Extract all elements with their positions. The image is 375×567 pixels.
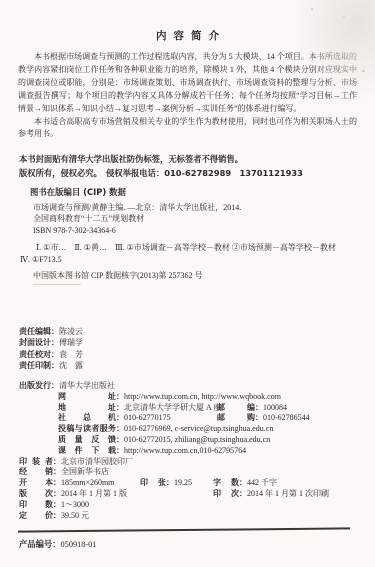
colon: ： — [51, 327, 59, 336]
cip-block: 市场调查与预测/黄静主编. —北京：清华大学出版社，2014. 全国商科教育“十… — [33, 202, 375, 236]
field-value: 39.50 元 — [61, 511, 89, 520]
field-value: 沈 露 — [59, 361, 83, 370]
field-value: 010-62770175 — [124, 413, 171, 422]
colophon-row-format: 开本：185mm×260mm印张：19.25字数：442 千字 — [19, 478, 375, 489]
colon: ： — [52, 539, 60, 549]
field-value: 100084 — [263, 403, 287, 412]
staff-row-cover-design: 封面设计：傅瑞学 — [19, 337, 375, 348]
field-label: 出版发行 — [19, 381, 51, 390]
rights-report-line: 版权所有，侵权必究。 侵权举报电话：010-62782989 137011219… — [19, 167, 356, 180]
colophon-row-price: 定价：39.50 元 — [19, 511, 375, 522]
field-label: 网址 — [58, 392, 116, 403]
cip-classification-line-2: Ⅳ. ①F713.5 — [20, 254, 375, 266]
field-value: 袁 芳 — [59, 350, 83, 359]
colon: ： — [239, 478, 247, 487]
isbn-line: ISBN 978-7-302-34364-6 — [33, 225, 375, 236]
field-label: 邮编 — [217, 403, 255, 414]
publisher-row-courseware-download: 课件下载：http://www.tup.com.cn,010-62795764 — [58, 446, 375, 457]
scan-speck — [311, 8, 313, 10]
field-label: 印装者 — [19, 457, 53, 468]
publisher-row-address: 地址：北京清华大学学研大厦 A 座邮编：100084 — [58, 403, 375, 414]
field-value: 010-62776969, c-service@tup.tsinghua.edu… — [124, 424, 273, 433]
colon: ： — [53, 478, 61, 487]
scan-speck — [343, 16, 345, 17]
colon: ： — [116, 446, 124, 455]
field-label: 质量反馈 — [58, 435, 116, 446]
colon: ： — [51, 381, 59, 390]
field-value: 442 千字 — [247, 478, 277, 487]
cip-classification-line-1: Ⅰ. ①市… Ⅱ. ①黄… Ⅲ. ①市场调查－高等学校－教材 ②市场预测－高等学… — [36, 242, 375, 254]
sheets-field: 印张：19.25 — [140, 478, 192, 489]
staff-credits: 责任编辑：陈凌云 封面设计：傅瑞学 责任校对：袁 芳 责任印制：沈 露 — [19, 326, 375, 371]
word-count-field: 字数：442 千字 — [213, 478, 277, 489]
publication-info: 出版发行：清华大学出版社 网址：http://www.tup.com.cn, h… — [19, 381, 375, 521]
field-value: http://www.tup.com.cn,010-62795764 — [124, 446, 246, 455]
field-label: 印张 — [140, 478, 166, 489]
field-label: 责任编辑 — [19, 327, 51, 336]
field-label: 封面设计 — [19, 338, 51, 347]
field-label: 定价 — [19, 511, 53, 522]
cip-series-line: 全国商科教育“十二五”规划教材 — [33, 213, 375, 224]
staff-row-editor: 责任编辑：陈凌云 — [19, 326, 375, 337]
colophon-row-print-run: 印数：1～3000 — [19, 500, 375, 511]
colon: ： — [53, 467, 61, 476]
field-label: 印次 — [213, 489, 239, 500]
publisher-row-switchboard: 社总机：010-62770175邮购：010-62786544 — [58, 413, 375, 424]
field-value: 2014 年 1 月第 1 次印刷 — [247, 489, 329, 498]
colon: ： — [255, 413, 263, 422]
bottom-divider — [18, 528, 350, 533]
book-copyright-page: 内容简介 本书根据市场调查与预测的工作过程选取内容，共分为 5 大模块，14 个… — [0, 0, 375, 567]
colophon-row-edition: 版次：2014 年 1 月第 1 版印次：2014 年 1 月第 1 次印刷 — [19, 489, 375, 500]
field-label: 字数 — [213, 478, 239, 489]
colon: ： — [51, 350, 59, 359]
colon: ： — [53, 489, 61, 498]
colon: ： — [116, 392, 124, 401]
product-number-line: 产品编号：050918-01 — [19, 538, 375, 550]
impression-field: 印次：2014 年 1 月第 1 次印刷 — [213, 489, 329, 500]
postcode-field: 邮编：100084 — [217, 403, 287, 414]
colophon-row-distributor: 经销：全国新华书店 — [19, 467, 375, 478]
field-label: 版次 — [19, 489, 53, 500]
field-value: 傅瑞学 — [59, 338, 83, 347]
colon: ： — [116, 403, 124, 412]
field-value: 北京清华大学学研大厦 A 座 — [124, 403, 221, 412]
colon: ： — [239, 489, 247, 498]
colon: ： — [255, 403, 263, 412]
publisher-row: 出版发行：清华大学出版社 — [19, 381, 375, 392]
field-value: 19.25 — [174, 478, 192, 487]
field-label: 邮购 — [217, 413, 255, 424]
cip-header: 图书在版编目 (CIP) 数据 — [30, 187, 375, 198]
staff-row-print-supervisor: 责任印制：沈 露 — [19, 360, 375, 371]
field-label: 课件下载 — [58, 446, 116, 457]
scan-line-artifact — [33, 284, 81, 285]
field-value: 全国新华书店 — [61, 467, 109, 476]
field-label: 社总机 — [58, 413, 116, 424]
field-value: 050918-01 — [61, 540, 97, 549]
staff-row-proofreader: 责任校对：袁 芳 — [19, 349, 375, 360]
field-value: 185mm×260mm — [61, 478, 114, 487]
anti-piracy-line: 本书封面贴有清华大学出版社防伪标签，无标签者不得销售。 — [19, 153, 356, 166]
colon: ： — [116, 413, 124, 422]
summary-paragraph-2: 本书适合高职高专市场营销及相关专业的学生作为教材使用，同时也可作为相关职场人士的… — [18, 116, 357, 142]
field-label: 投稿与读者服务 — [58, 424, 116, 435]
scan-smudge — [285, 0, 375, 110]
field-value: 2014 年 1 月第 1 版 — [61, 489, 127, 498]
publisher-row-reader-service: 投稿与读者服务：010-62776969, c-service@tup.tsin… — [58, 424, 375, 435]
cip-title-line: 市场调查与预测/黄静主编. —北京：清华大学出版社，2014. — [33, 202, 375, 213]
field-value: 北京市清华园胶印厂 — [61, 457, 133, 466]
field-label: 印数 — [19, 500, 53, 511]
cip-record-number: 中国版本图书馆 CIP 数据核字(2013)第 257362 号 — [33, 270, 375, 281]
colon: ： — [51, 361, 59, 370]
field-value: http://www.tup.com.cn, http://www.wqbook… — [124, 392, 281, 401]
publisher-row-quality-feedback: 质量反馈：010-62772015, zhiliang@tup.tsinghua… — [58, 435, 375, 446]
field-label: 责任印制 — [19, 361, 51, 370]
mail-order-field: 邮购：010-62786544 — [217, 413, 310, 424]
colon: ： — [51, 338, 59, 347]
field-value: 010-62772015, zhiliang@tup.tsinghua.edu.… — [124, 435, 270, 444]
scan-speck — [362, 70, 365, 72]
field-value: 陈凌云 — [59, 327, 83, 336]
colon: ： — [116, 435, 124, 444]
field-label: 经销 — [19, 467, 53, 478]
colon: ： — [53, 457, 61, 466]
colon: ： — [53, 500, 61, 509]
colon: ： — [116, 424, 124, 433]
field-label: 开本 — [19, 478, 53, 489]
field-value: 1～3000 — [61, 500, 89, 509]
field-label: 地址 — [58, 403, 116, 414]
copyright-notice: 本书封面贴有清华大学出版社防伪标签，无标签者不得销售。 版权所有，侵权必究。 侵… — [19, 153, 356, 179]
colophon-row-printer: 印装者：北京市清华园胶印厂 — [19, 457, 375, 468]
field-label: 产品编号 — [19, 539, 52, 549]
field-label: 责任校对 — [19, 350, 51, 359]
colon: ： — [53, 511, 61, 520]
publisher-row-website: 网址：http://www.tup.com.cn, http://www.wqb… — [58, 392, 375, 403]
summary-title-text: 内容简介 — [156, 30, 226, 42]
publisher-name: 清华大学出版社 — [59, 381, 115, 390]
colon: ： — [166, 478, 174, 487]
field-value: 010-62786544 — [263, 413, 310, 422]
